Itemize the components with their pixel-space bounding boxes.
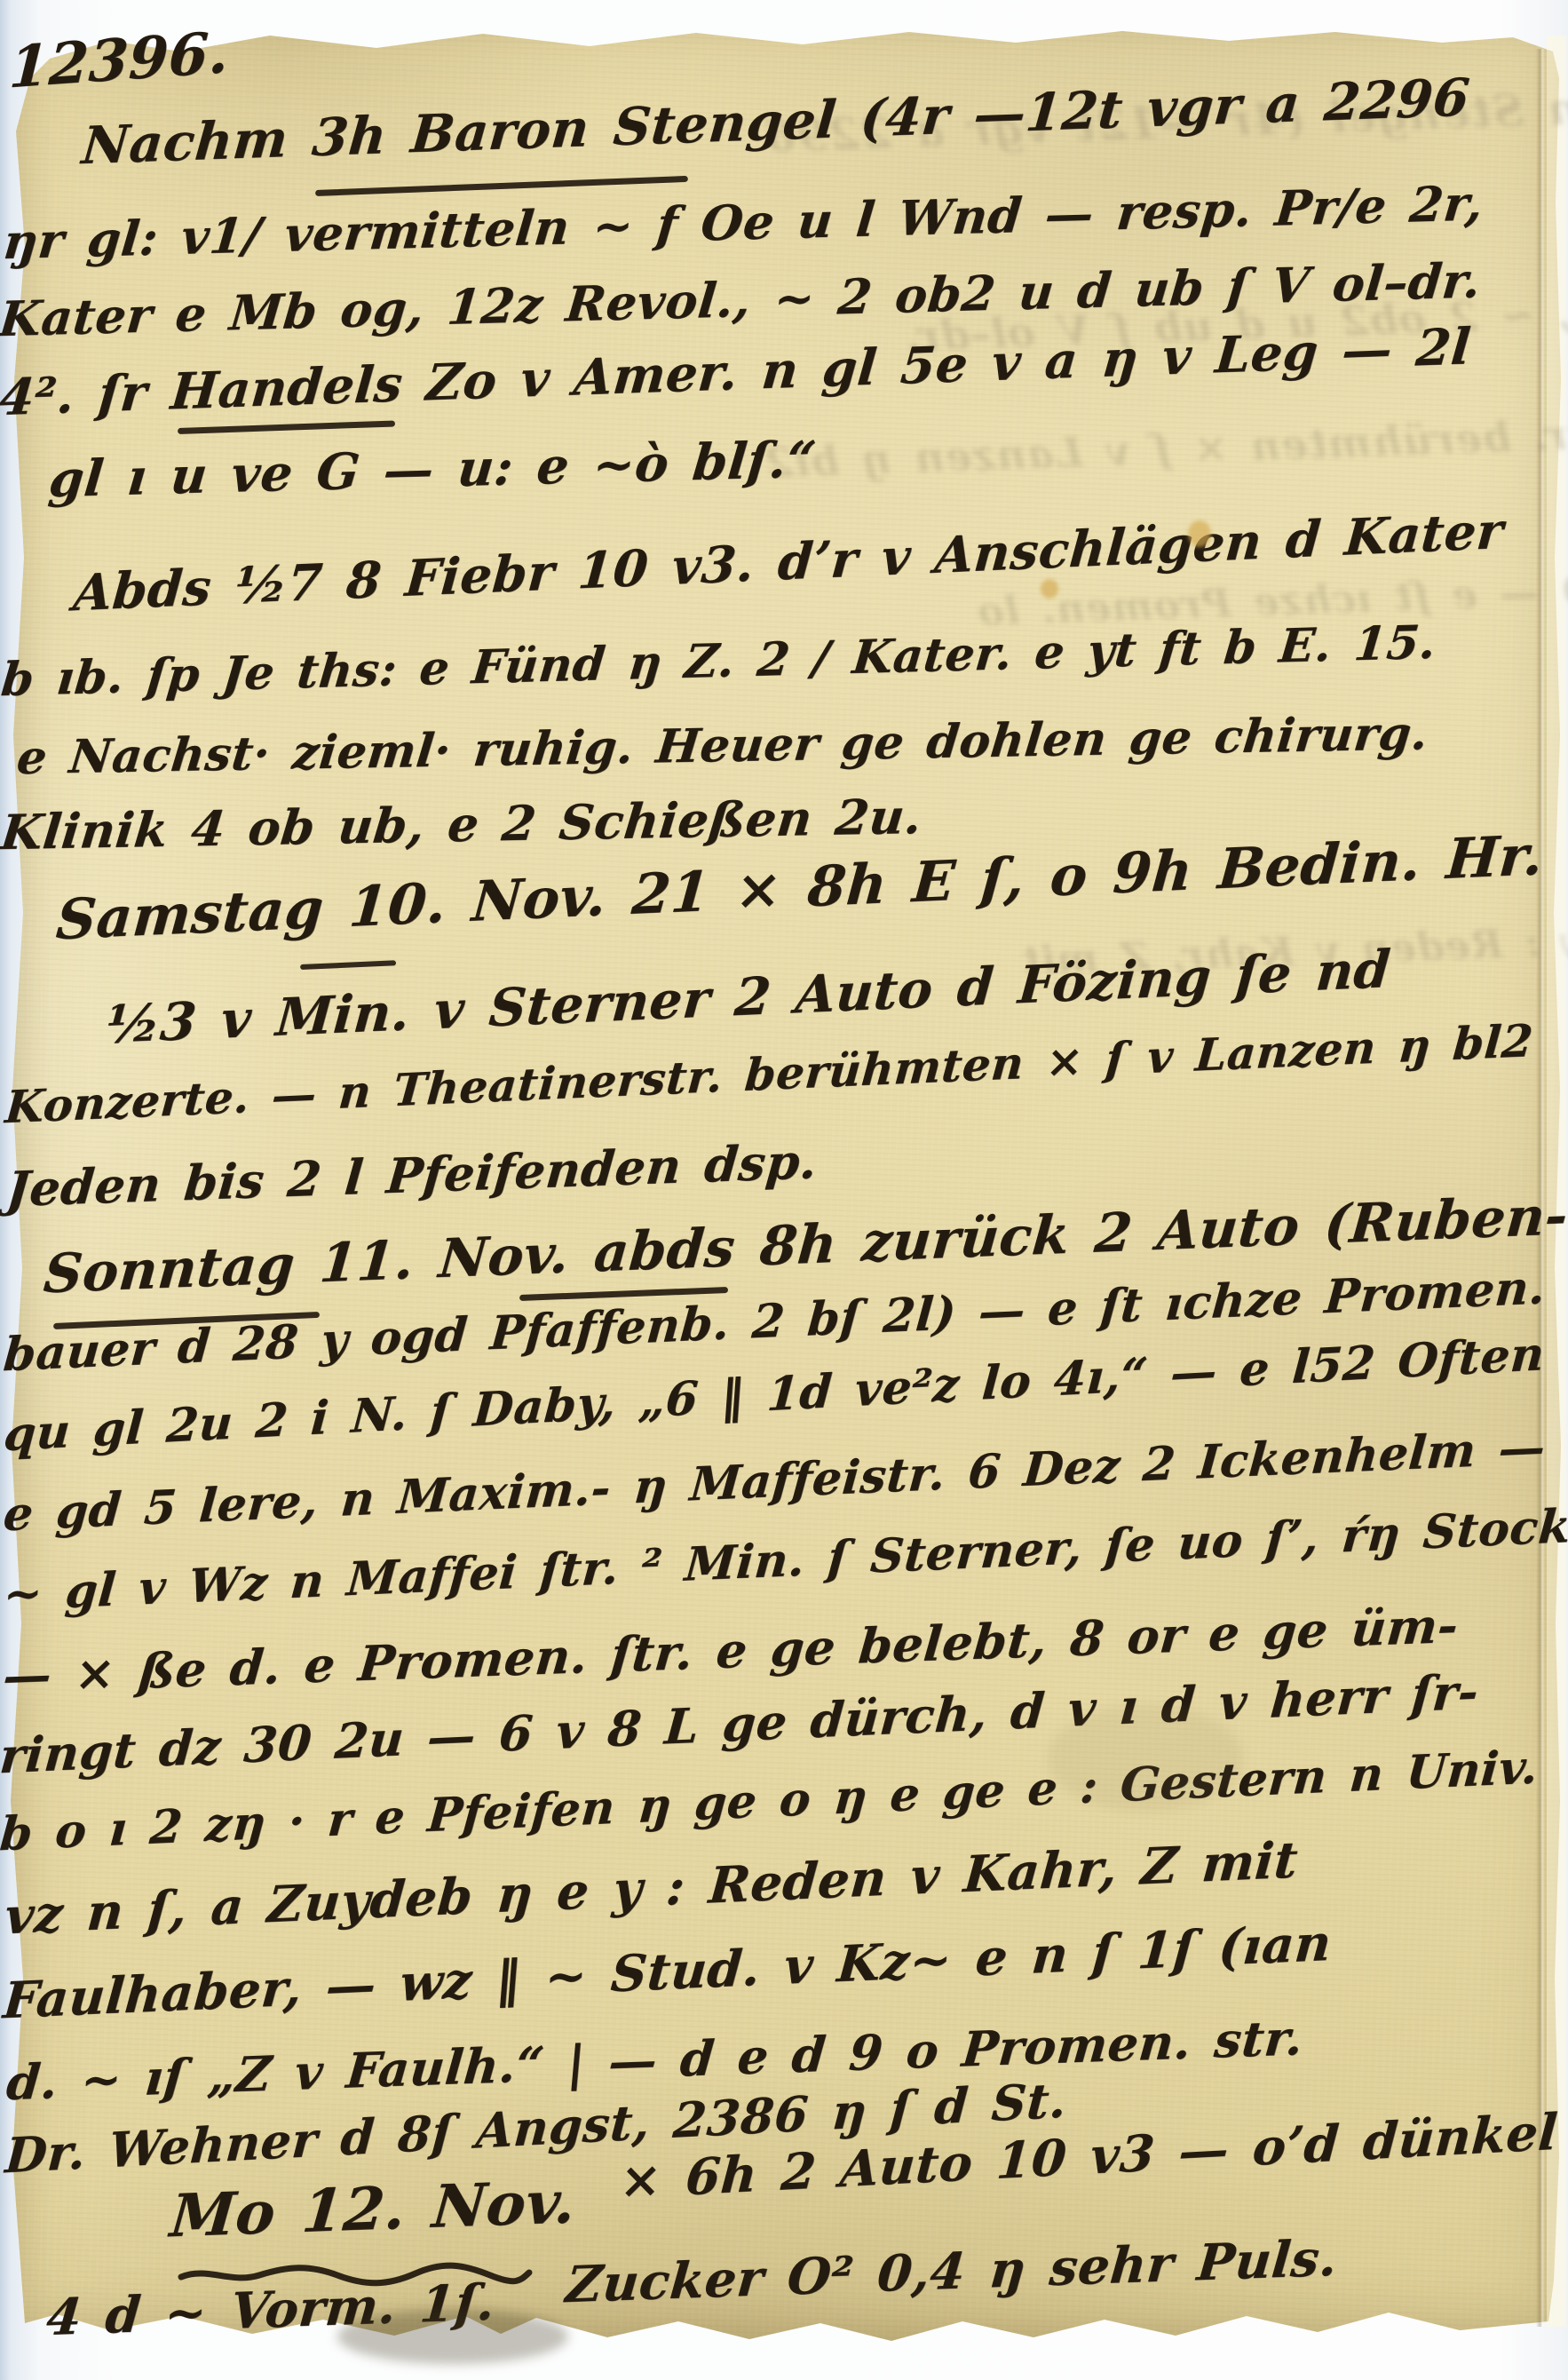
- wavy-underline-mo-12-nov: [178, 2261, 533, 2288]
- scanned-document: { "colors": { "ink": "#241b10", "paper":…: [0, 0, 1568, 2380]
- handwriting-line: Mo 12. Nov.: [168, 2172, 578, 2245]
- handwriting-line: Klinik 4 ob ub, e 2 Schießen 2u.: [0, 792, 924, 856]
- handwriting-line: 12396.: [8, 25, 231, 98]
